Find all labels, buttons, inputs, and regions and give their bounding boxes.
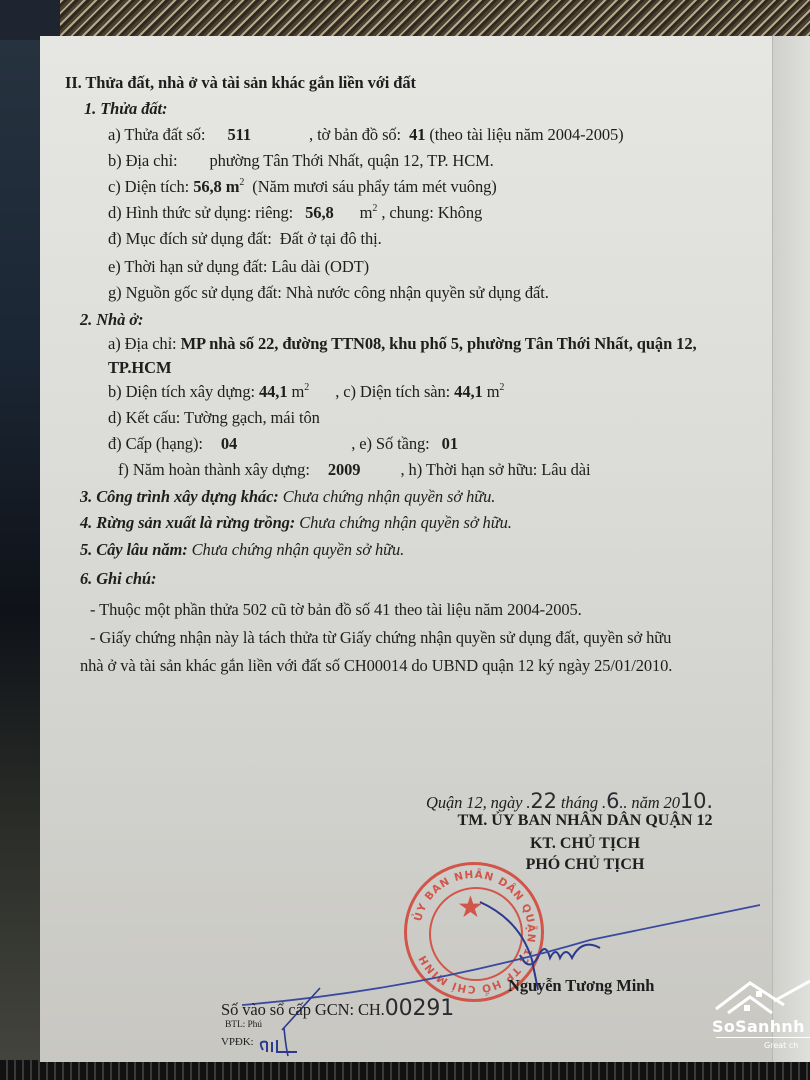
registry-btl: BTL: Phú xyxy=(225,1020,262,1030)
house-address-value: MP nhà số 22, đường TTN08, khu phố 5, ph… xyxy=(181,334,697,353)
other-item-3: 3. Công trình xây dựng khác: Chưa chứng … xyxy=(80,487,495,507)
signing-org: TM. ỦY BAN NHÂN DÂN QUẬN 12 xyxy=(420,812,750,830)
signing-year-label: .. năm 20 xyxy=(619,793,680,812)
house-build-area-label: b) Diện tích xây dựng: xyxy=(108,382,255,401)
land-area-label: c) Diện tích: xyxy=(108,177,189,196)
other-item-3-value: Chưa chứng nhận quyền sở hữu. xyxy=(283,487,496,506)
land-parcel-number: 511 xyxy=(227,125,251,144)
land-purpose-label: đ) Mục đích sử dụng đất: xyxy=(108,229,272,248)
house-floors-value: 01 xyxy=(442,434,458,453)
watermark: SoSanhnh Great ch xyxy=(712,975,810,1055)
other-item-5-value: Chưa chứng nhận quyền sở hữu. xyxy=(192,540,405,559)
background-left xyxy=(0,40,40,1080)
house-floor-area-unit: m xyxy=(487,382,500,401)
house-ownership-term-label: , h) Thời hạn sở hữu: xyxy=(401,460,538,479)
house-floor-area-label: , c) Diện tích sàn: xyxy=(335,382,450,401)
land-origin-row: g) Nguồn gốc sử dụng đất: Nhà nước công … xyxy=(108,283,549,303)
house-completion-value: 2009 xyxy=(328,460,361,479)
land-usage-form-label: d) Hình thức sử dụng: riêng: xyxy=(108,203,293,222)
background-dark-corner xyxy=(0,0,60,40)
house-build-area-value: 44,1 xyxy=(259,382,287,401)
land-usage-sup: 2 xyxy=(372,203,377,214)
land-map-number: 41 xyxy=(409,125,425,144)
land-map-note: (theo tài liệu năm 2004-2005) xyxy=(429,125,623,144)
house-structure-row: d) Kết cấu: Tường gạch, mái tôn xyxy=(108,408,320,428)
other-item-4-value: Chưa chứng nhận quyền sở hữu. xyxy=(299,513,512,532)
other-item-5: 5. Cây lâu năm: Chưa chứng nhận quyền sở… xyxy=(80,540,404,560)
house-heading: 2. Nhà ở: xyxy=(80,310,143,330)
land-usage-form-row: d) Hình thức sử dụng: riêng: 56,8 m2 , c… xyxy=(108,203,482,223)
land-address-row: b) Địa chỉ: phường Tân Thới Nhất, quận 1… xyxy=(108,151,494,171)
signing-date-prefix: Quận 12, ngày . xyxy=(426,793,530,812)
signing-month: 6 xyxy=(606,789,619,813)
signing-month-label: tháng . xyxy=(557,793,606,812)
land-area-row: c) Diện tích: 56,8 m2 (Năm mươi sáu phẩy… xyxy=(108,177,497,197)
house-completion-row: f) Năm hoàn thành xây dựng: 2009 , h) Th… xyxy=(118,460,591,480)
land-origin-value: Nhà nước công nhận quyền sử dụng đất. xyxy=(286,283,549,302)
notes-line-3: nhà ở và tài sản khác gắn liền với đất s… xyxy=(80,656,672,676)
house-structure-value: Tường gạch, mái tôn xyxy=(184,408,320,427)
land-purpose-value: Đất ở tại đô thị. xyxy=(280,229,382,248)
certificate-fold-edge xyxy=(772,36,810,1062)
notes-line-1: - Thuộc một phần thửa 502 cũ tờ bản đồ s… xyxy=(90,600,582,620)
watermark-brand: SoSanhnh xyxy=(712,1017,805,1036)
notes-heading: 6. Ghi chú: xyxy=(80,569,156,589)
house-ownership-term-value: Lâu dài xyxy=(541,460,590,479)
other-item-4: 4. Rừng sản xuất là rừng trồng: Chưa chứ… xyxy=(80,513,512,533)
land-purpose-row: đ) Mục đích sử dụng đất: Đất ở tại đô th… xyxy=(108,229,382,249)
land-map-label: , tờ bản đồ số: xyxy=(309,125,401,144)
notes-line-2: - Giấy chứng nhận này là tách thửa từ Gi… xyxy=(90,628,671,648)
house-logo-icon xyxy=(714,979,810,1017)
house-floor-area-sup: 2 xyxy=(499,382,504,393)
land-heading: 1. Thửa đất: xyxy=(84,99,167,119)
background-fabric xyxy=(0,0,810,40)
house-grade-label: đ) Cấp (hạng): xyxy=(108,434,203,453)
registry-vpdk: VPĐK: xyxy=(221,1036,254,1048)
house-build-area-sup: 2 xyxy=(304,382,309,393)
house-completion-label: f) Năm hoàn thành xây dựng: xyxy=(118,460,310,479)
house-structure-label: d) Kết cấu: xyxy=(108,408,180,427)
watermark-rule xyxy=(716,1037,810,1038)
house-address-row: a) Địa chỉ: MP nhà số 22, đường TTN08, k… xyxy=(108,334,697,354)
house-address-cont: TP.HCM xyxy=(108,358,171,378)
land-address-label: b) Địa chỉ: xyxy=(108,151,177,170)
house-build-area-unit: m xyxy=(292,382,305,401)
land-area-words: (Năm mươi sáu phẩy tám mét vuông) xyxy=(252,177,496,196)
land-term-label: e) Thời hạn sử dụng đất: xyxy=(108,257,267,276)
land-term-row: e) Thời hạn sử dụng đất: Lâu dài (ODT) xyxy=(108,257,369,277)
signer-name: Nguyễn Tương Minh xyxy=(508,976,654,996)
land-address-value: phường Tân Thới Nhất, quận 12, TP. HCM. xyxy=(210,151,494,170)
other-item-4-heading: 4. Rừng sản xuất là rừng trồng: xyxy=(80,513,295,532)
watermark-tagline: Great ch xyxy=(764,1041,798,1050)
land-usage-private: 56,8 xyxy=(305,203,333,222)
signing-date: Quận 12, ngày .22 tháng .6.. năm 2010. xyxy=(426,789,713,813)
other-item-3-heading: 3. Công trình xây dựng khác: xyxy=(80,487,279,506)
house-grade-value: 04 xyxy=(221,434,237,453)
house-grade-row: đ) Cấp (hạng): 04 , e) Số tầng: 01 xyxy=(108,434,458,454)
section-title: II. Thửa đất, nhà ở và tài sản khác gắn … xyxy=(65,73,416,93)
registry-label: Số vào sổ cấp GCN: CH. xyxy=(221,1000,385,1019)
house-address-label: a) Địa chỉ: xyxy=(108,334,177,353)
land-parcel-row: a) Thửa đất số: 511 , tờ bản đồ số: 41 (… xyxy=(108,125,624,145)
vpdk-initials xyxy=(255,1036,300,1058)
land-parcel-label: a) Thửa đất số: xyxy=(108,125,205,144)
land-origin-label: g) Nguồn gốc sử dụng đất: xyxy=(108,283,282,302)
land-usage-unit: m xyxy=(360,203,373,222)
signing-role-1: KT. CHỦ TỊCH xyxy=(420,835,750,853)
house-floor-area-value: 44,1 xyxy=(454,382,482,401)
background-bottom xyxy=(0,1060,810,1080)
registry-number: 00291 xyxy=(385,996,455,1021)
land-area-value: 56,8 m xyxy=(193,177,239,196)
land-area-sup: 2 xyxy=(239,177,244,188)
other-item-5-heading: 5. Cây lâu năm: xyxy=(80,540,188,559)
handwritten-signature xyxy=(220,880,770,1060)
land-usage-shared: , chung: Không xyxy=(381,203,482,222)
signing-year-suffix: 10. xyxy=(680,789,713,813)
land-term-value: Lâu dài (ODT) xyxy=(271,257,369,276)
signing-day: 22 xyxy=(530,789,557,813)
registry-row: Số vào sổ cấp GCN: CH.00291 xyxy=(221,996,454,1021)
house-area-row: b) Diện tích xây dựng: 44,1 m2 , c) Diện… xyxy=(108,382,504,402)
house-floors-label: , e) Số tầng: xyxy=(351,434,429,453)
